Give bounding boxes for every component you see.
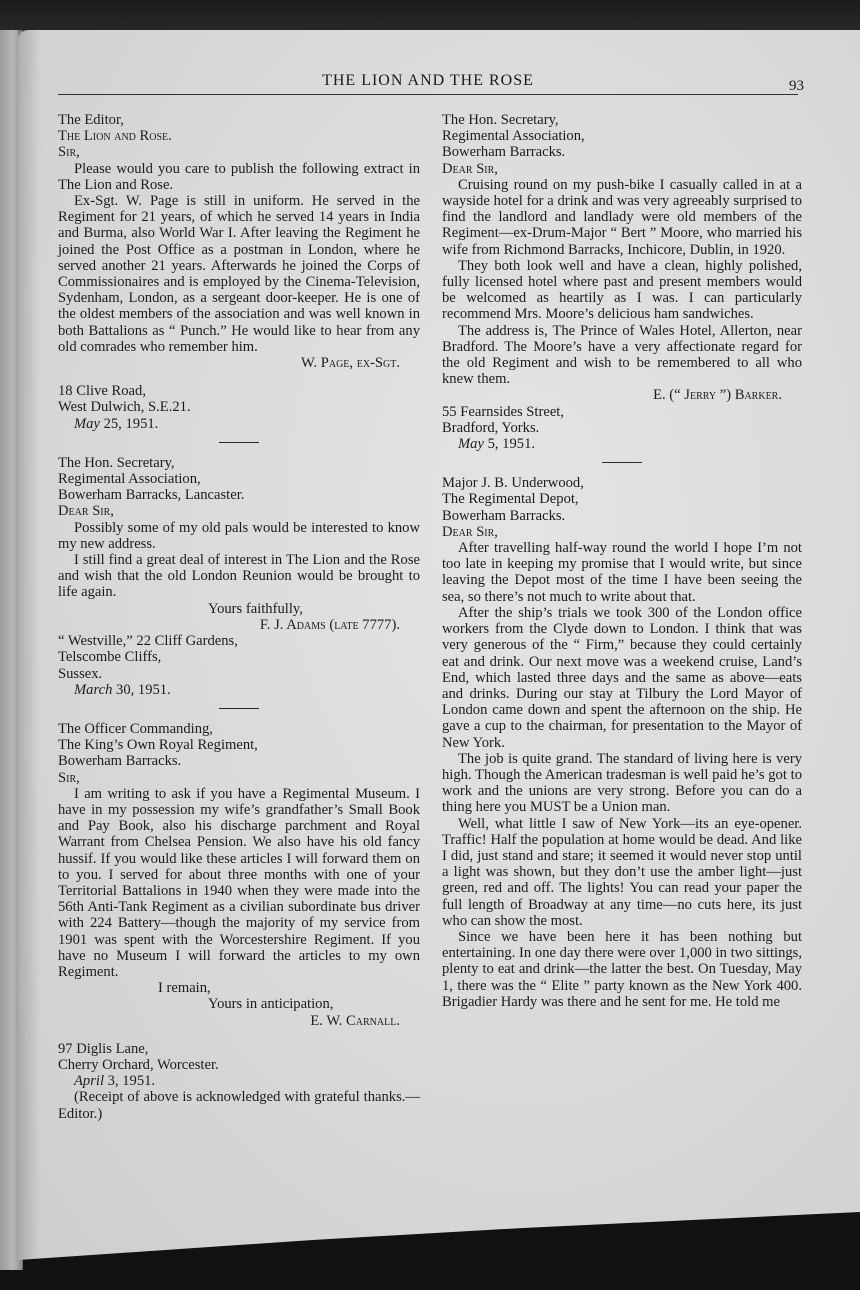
running-header: THE LION AND THE ROSE 93 (58, 70, 798, 95)
letter-date: March 30, 1951. (58, 682, 420, 698)
letter-body: Cruising round on my push-bike I casuall… (442, 177, 802, 388)
paragraph: Possibly some of my old pals would be in… (58, 520, 420, 552)
gutter-shadow (18, 30, 40, 1260)
section-divider (219, 708, 259, 709)
paragraph: I still find a great deal of interest in… (58, 552, 420, 601)
salutation: Sir, (58, 144, 420, 160)
addressee-line: Regimental Association, (58, 471, 420, 487)
letter-carnall: The Officer Commanding, The King’s Own R… (58, 721, 420, 1122)
left-column: The Editor, The Lion and Rose. Sir, Plea… (58, 112, 420, 1122)
paragraph: I am writing to ask if you have a Regime… (58, 786, 420, 980)
addressee-line: Bowerham Barracks. (442, 508, 802, 524)
addressee-line: The Regimental Depot, (442, 491, 802, 507)
salutation: Dear Sir, (442, 161, 802, 177)
addressee-line: Bowerham Barracks. (58, 753, 420, 769)
running-title: THE LION AND THE ROSE (58, 72, 798, 90)
letter-date: May 25, 1951. (58, 416, 420, 432)
paragraph: Well, what little I saw of New York—its … (442, 816, 802, 929)
paragraph: They both look well and have a clean, hi… (442, 258, 802, 323)
closing: Yours in anticipation, (58, 996, 420, 1012)
signature: E. W. Carnall. (58, 1013, 420, 1029)
paragraph: Since we have been here it has been noth… (442, 929, 802, 1010)
letter-date: May 5, 1951. (442, 436, 802, 452)
addressee-line: Bowerham Barracks, Lancaster. (58, 487, 420, 503)
letter-date: April 3, 1951. (58, 1073, 420, 1089)
letter-body: Possibly some of my old pals would be in… (58, 520, 420, 601)
letter-adams: The Hon. Secretary, Regimental Associati… (58, 455, 420, 698)
addressee-line: The Hon. Secretary, (442, 112, 802, 128)
letter-body: After travelling half-way round the worl… (442, 540, 802, 1010)
paragraph: (Receipt of above is acknowledged with g… (58, 1089, 420, 1121)
section-divider (602, 462, 642, 463)
page-number: 93 (789, 78, 804, 95)
letter-body: Please would you care to publish the fol… (58, 161, 420, 355)
addressee-line: Major J. B. Underwood, (442, 475, 802, 491)
letter-barker: The Hon. Secretary, Regimental Associati… (442, 112, 802, 452)
addressee-line: The Officer Commanding, (58, 721, 420, 737)
address-line: West Dulwich, S.E.21. (58, 399, 420, 415)
editor-note: (Receipt of above is acknowledged with g… (58, 1089, 420, 1121)
salutation: Dear Sir, (58, 503, 420, 519)
paragraph: Please would you care to publish the fol… (58, 161, 420, 193)
address-line: Sussex. (58, 666, 420, 682)
signature: E. (“ Jerry ”) Barker. (442, 387, 802, 403)
address-line: Telscombe Cliffs, (58, 649, 420, 665)
salutation: Sir, (58, 770, 420, 786)
address-line: 55 Fearnsides Street, (442, 404, 802, 420)
addressee-line: The King’s Own Royal Regiment, (58, 737, 420, 753)
section-divider (219, 442, 259, 443)
addressee-line: Bowerham Barracks. (442, 144, 802, 160)
paragraph: Ex-Sgt. W. Page is still in uniform. He … (58, 193, 420, 355)
paragraph: The job is quite grand. The standard of … (442, 751, 802, 816)
addressee-line: The Editor, (58, 112, 420, 128)
addressee-line: The Lion and Rose. (58, 128, 420, 144)
paragraph: After the ship’s trials we took 300 of t… (442, 605, 802, 751)
addressee-line: Regimental Association, (442, 128, 802, 144)
closing: I remain, (58, 980, 420, 996)
address-line: 97 Diglis Lane, (58, 1041, 420, 1057)
address-line: Cherry Orchard, Worcester. (58, 1057, 420, 1073)
salutation: Dear Sir, (442, 524, 802, 540)
paragraph: The address is, The Prince of Wales Hote… (442, 323, 802, 388)
paragraph: Cruising round on my push-bike I casuall… (442, 177, 802, 258)
address-line: “ Westville,” 22 Cliff Gardens, (58, 633, 420, 649)
right-column: The Hon. Secretary, Regimental Associati… (442, 112, 802, 1010)
address-line: 18 Clive Road, (58, 383, 420, 399)
closing: Yours faithfully, (58, 601, 420, 617)
addressee-line: The Hon. Secretary, (58, 455, 420, 471)
paragraph: After travelling half-way round the worl… (442, 540, 802, 605)
letter-body: I am writing to ask if you have a Regime… (58, 786, 420, 980)
letter-page: The Editor, The Lion and Rose. Sir, Plea… (58, 112, 420, 432)
signature: W. Page, ex-Sgt. (58, 355, 420, 371)
letter-underwood: Major J. B. Underwood, The Regimental De… (442, 475, 802, 1010)
signature: F. J. Adams (late 7777). (58, 617, 420, 633)
address-line: Bradford, Yorks. (442, 420, 802, 436)
